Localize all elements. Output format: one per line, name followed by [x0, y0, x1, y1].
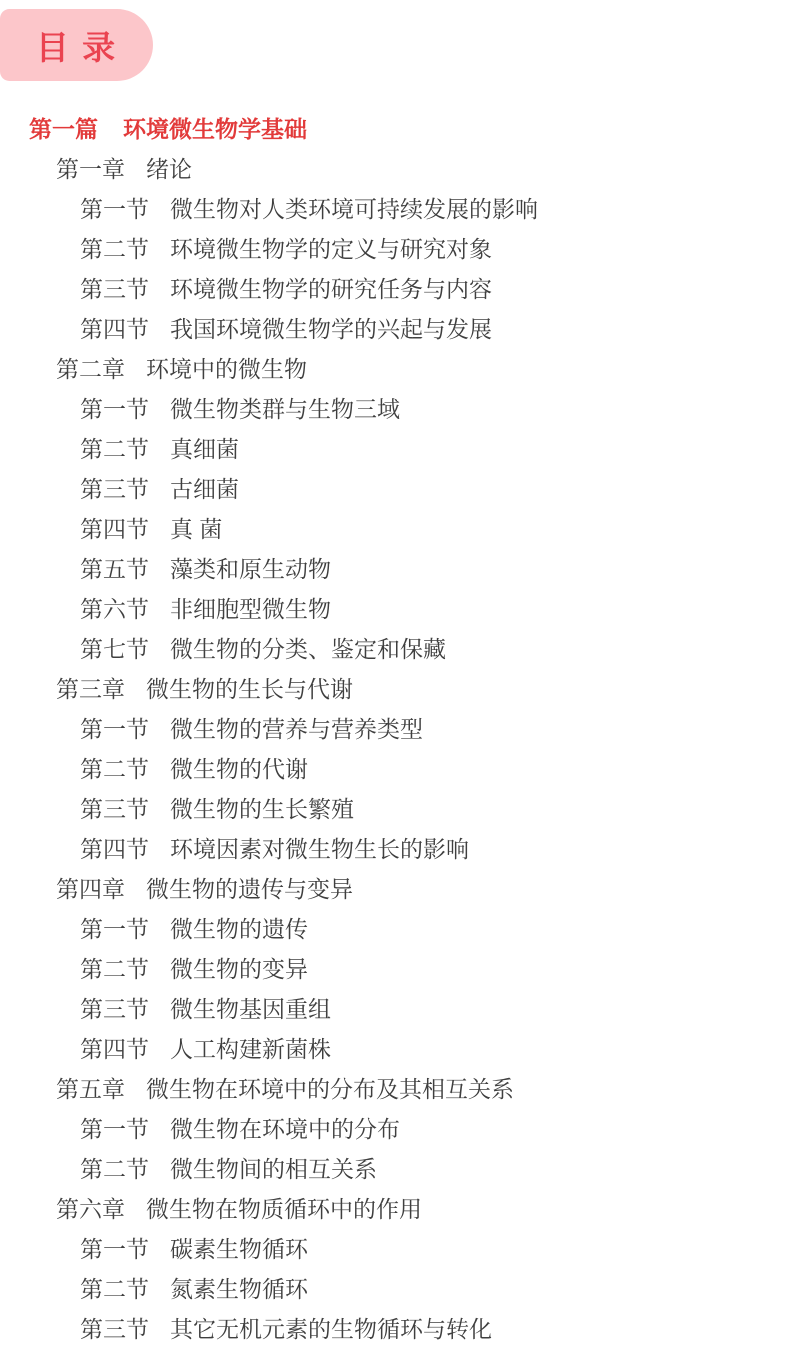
toc-section-row[interactable]: 第二节微生物的变异: [0, 947, 790, 987]
toc-entry-title: 真细菌: [170, 431, 239, 464]
toc-header-badge: 目 录: [0, 9, 153, 81]
toc-entry-label: 第四节: [80, 1031, 149, 1064]
toc-entry-title: 其它无机元素的生物循环与转化: [170, 1311, 492, 1344]
toc-section-row[interactable]: 第一节微生物的营养与营养类型: [0, 707, 790, 747]
toc-entry-label: 第一节: [80, 1231, 149, 1264]
toc-entry-title: 环境微生物学的定义与研究对象: [170, 231, 492, 264]
toc-entry-title: 微生物的遗传: [170, 911, 308, 944]
toc-entry-title: 真 菌: [170, 511, 222, 544]
toc-entry-label: 第三节: [80, 271, 149, 304]
toc-entry-label: 第三节: [80, 1311, 149, 1344]
toc-section-row[interactable]: 第二节微生物的代谢: [0, 747, 790, 787]
toc-section-row[interactable]: 第三节微生物的生长繁殖: [0, 787, 790, 827]
toc-entry-title: 绪论: [146, 151, 192, 184]
toc-section-row[interactable]: 第一节碳素生物循环: [0, 1227, 790, 1267]
toc-section-row[interactable]: 第一节微生物的遗传: [0, 907, 790, 947]
toc-entry-title: 环境因素对微生物生长的影响: [170, 831, 469, 864]
toc-section-row[interactable]: 第二节环境微生物学的定义与研究对象: [0, 227, 790, 267]
toc-entry-title: 环境中的微生物: [146, 351, 307, 384]
toc-entry-label: 第一节: [80, 191, 149, 224]
toc-entry-label: 第二节: [80, 431, 149, 464]
toc-section-row[interactable]: 第二节真细菌: [0, 427, 790, 467]
toc-entry-title: 氮素生物循环: [170, 1271, 308, 1304]
toc-entry-title: 碳素生物循环: [170, 1231, 308, 1264]
toc-entry-label: 第二章: [56, 351, 125, 384]
toc-entry-title: 微生物在环境中的分布: [170, 1111, 400, 1144]
toc-entry-title: 藻类和原生动物: [170, 551, 331, 584]
toc-entry-title: 微生物基因重组: [170, 991, 331, 1024]
toc-entry-title: 微生物的营养与营养类型: [170, 711, 423, 744]
toc-entry-title: 微生物的代谢: [170, 751, 308, 784]
toc-chapter-row[interactable]: 第二章环境中的微生物: [0, 347, 790, 387]
toc-section-row[interactable]: 第四节人工构建新菌株: [0, 1027, 790, 1067]
toc-section-row[interactable]: 第三节环境微生物学的研究任务与内容: [0, 267, 790, 307]
toc-entry-label: 第五章: [56, 1071, 125, 1104]
toc-section-row[interactable]: 第四节环境因素对微生物生长的影响: [0, 827, 790, 867]
toc-section-row[interactable]: 第六节非细胞型微生物: [0, 587, 790, 627]
toc-entry-label: 第二节: [80, 231, 149, 264]
toc-section-row[interactable]: 第二节氮素生物循环: [0, 1267, 790, 1307]
toc-entry-label: 第一节: [80, 911, 149, 944]
toc-section-row[interactable]: 第五节藻类和原生动物: [0, 547, 790, 587]
toc-entry-label: 第三章: [56, 671, 125, 704]
toc-section-row[interactable]: 第三节古细菌: [0, 467, 790, 507]
toc-section-row[interactable]: 第一节微生物在环境中的分布: [0, 1107, 790, 1147]
toc-entry-title: 微生物的生长繁殖: [170, 791, 354, 824]
toc-entry-label: 第一节: [80, 1111, 149, 1144]
toc-entry-label: 第二节: [80, 1271, 149, 1304]
toc-entry-label: 第四节: [80, 511, 149, 544]
toc-entry-label: 第一节: [80, 391, 149, 424]
toc-entry-title: 微生物的遗传与变异: [146, 871, 353, 904]
toc-entry-title: 微生物间的相互关系: [170, 1151, 377, 1184]
toc-entry-label: 第一章: [56, 151, 125, 184]
toc-entry-title: 微生物在环境中的分布及其相互关系: [146, 1071, 514, 1104]
toc-section-row[interactable]: 第一节微生物对人类环境可持续发展的影响: [0, 187, 790, 227]
toc-entry-label: 第六章: [56, 1191, 125, 1224]
toc-entry-title: 我国环境微生物学的兴起与发展: [170, 311, 492, 344]
toc-entry-title: 微生物的变异: [170, 951, 308, 984]
toc-section-row[interactable]: 第四节真 菌: [0, 507, 790, 547]
toc-entry-label: 第七节: [80, 631, 149, 664]
toc-chapter-row[interactable]: 第一章绪论: [0, 147, 790, 187]
toc-entry-label: 第四章: [56, 871, 125, 904]
toc-entry-title: 古细菌: [170, 471, 239, 504]
toc-entry-label: 第四节: [80, 831, 149, 864]
toc-chapter-row[interactable]: 第六章微生物在物质循环中的作用: [0, 1187, 790, 1227]
toc-entry-title: 微生物在物质循环中的作用: [146, 1191, 422, 1224]
toc-entry-label: 第一篇: [29, 111, 98, 144]
toc-entry-title: 微生物类群与生物三域: [170, 391, 400, 424]
toc-section-row[interactable]: 第七节微生物的分类、鉴定和保藏: [0, 627, 790, 667]
toc-section-row[interactable]: 第一节微生物类群与生物三域: [0, 387, 790, 427]
toc-list: 第一篇环境微生物学基础第一章绪论第一节微生物对人类环境可持续发展的影响第二节环境…: [0, 107, 790, 1346]
toc-entry-title: 环境微生物学的研究任务与内容: [170, 271, 492, 304]
toc-entry-label: 第六节: [80, 591, 149, 624]
toc-entry-label: 第二节: [80, 1151, 149, 1184]
toc-section-row[interactable]: 第三节其它无机元素的生物循环与转化: [0, 1307, 790, 1346]
toc-chapter-row[interactable]: 第三章微生物的生长与代谢: [0, 667, 790, 707]
toc-entry-title: 人工构建新菌株: [170, 1031, 331, 1064]
toc-entry-label: 第三节: [80, 471, 149, 504]
toc-section-row[interactable]: 第三节微生物基因重组: [0, 987, 790, 1027]
toc-entry-label: 第五节: [80, 551, 149, 584]
toc-entry-label: 第二节: [80, 951, 149, 984]
toc-entry-label: 第四节: [80, 311, 149, 344]
toc-entry-title: 环境微生物学基础: [123, 111, 307, 144]
toc-entry-label: 第三节: [80, 791, 149, 824]
toc-entry-title: 微生物的分类、鉴定和保藏: [170, 631, 446, 664]
toc-chapter-row[interactable]: 第四章微生物的遗传与变异: [0, 867, 790, 907]
toc-entry-title: 微生物对人类环境可持续发展的影响: [170, 191, 538, 224]
toc-entry-label: 第二节: [80, 751, 149, 784]
toc-entry-label: 第三节: [80, 991, 149, 1024]
toc-chapter-row[interactable]: 第五章微生物在环境中的分布及其相互关系: [0, 1067, 790, 1107]
toc-header-title: 目 录: [36, 22, 117, 69]
toc-section-row[interactable]: 第四节我国环境微生物学的兴起与发展: [0, 307, 790, 347]
toc-entry-title: 微生物的生长与代谢: [146, 671, 353, 704]
toc-section-row[interactable]: 第二节微生物间的相互关系: [0, 1147, 790, 1187]
toc-entry-label: 第一节: [80, 711, 149, 744]
toc-part-row[interactable]: 第一篇环境微生物学基础: [0, 107, 790, 147]
toc-entry-title: 非细胞型微生物: [170, 591, 331, 624]
